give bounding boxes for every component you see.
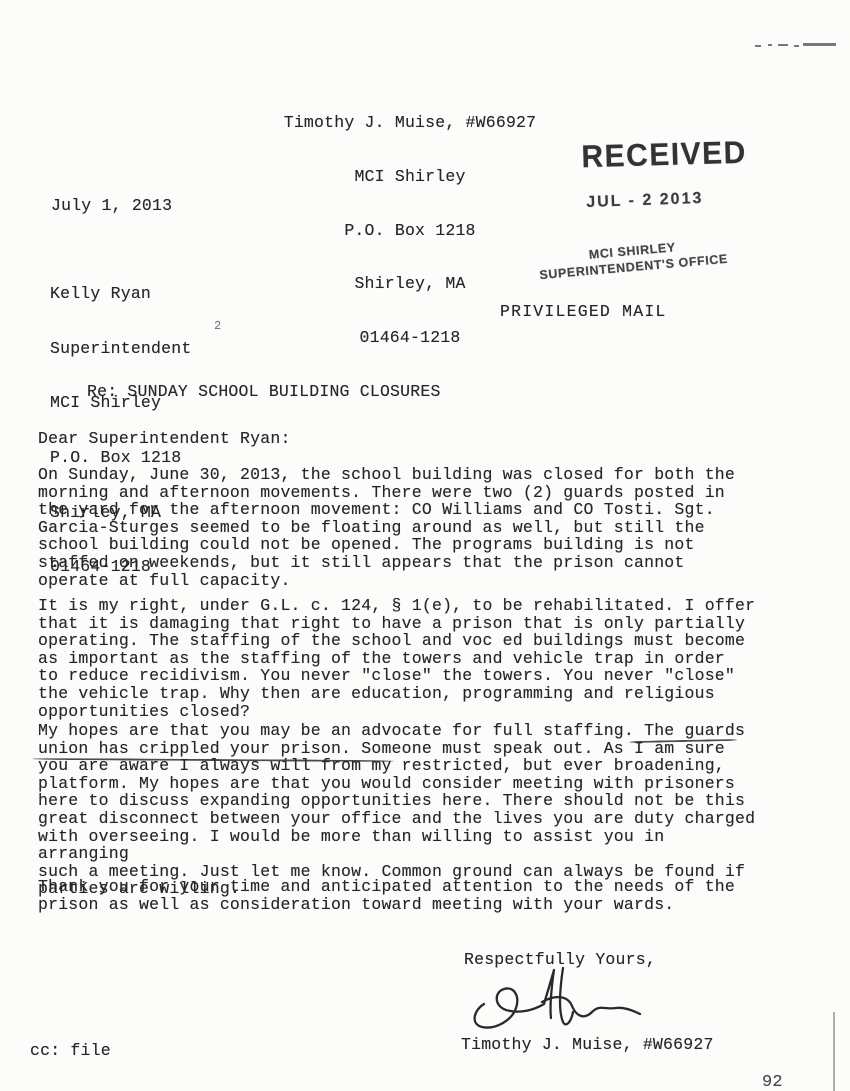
handwritten-signature bbox=[470, 966, 650, 1032]
page-number: 92 bbox=[762, 1074, 783, 1091]
scan-artifact-dash bbox=[794, 45, 799, 47]
received-date-stamp: JUL - 2 2013 bbox=[586, 190, 704, 212]
received-stamp: RECEIVED bbox=[581, 135, 747, 175]
scan-edge-artifact bbox=[833, 1012, 835, 1091]
sender-zip: 01464-1218 bbox=[250, 329, 570, 348]
sender-po-box: P.O. Box 1218 bbox=[250, 222, 570, 241]
signature-squiggle-icon bbox=[470, 966, 650, 1032]
sender-name: Timothy J. Muise, #W66927 bbox=[250, 114, 570, 133]
body-paragraph-1: On Sunday, June 30, 2013, the school bui… bbox=[38, 466, 763, 589]
sender-address-block: Timothy J. Muise, #W66927 MCI Shirley P.… bbox=[250, 79, 570, 383]
scan-artifact-dash bbox=[778, 44, 788, 46]
salutation: Dear Superintendent Ryan: bbox=[38, 430, 291, 448]
subject-line: Re: SUNDAY SCHOOL BUILDING CLOSURES bbox=[87, 383, 441, 401]
body-paragraph-4: Thank you for your time and anticipated … bbox=[38, 878, 763, 913]
recipient-title: Superintendent bbox=[50, 339, 191, 358]
stray-pen-mark: 2 bbox=[214, 318, 221, 336]
privileged-mail-label: PRIVILEGED MAIL bbox=[500, 303, 667, 321]
body-paragraph-3: My hopes are that you may be an advocate… bbox=[38, 722, 763, 898]
scan-artifact-dash bbox=[768, 44, 772, 46]
scan-artifact-dash bbox=[755, 45, 761, 47]
cc-line: cc: file bbox=[30, 1042, 111, 1060]
scanned-letter-page: Timothy J. Muise, #W66927 MCI Shirley P.… bbox=[0, 0, 850, 1091]
body-paragraph-2: It is my right, under G.L. c. 124, § 1(e… bbox=[38, 597, 763, 720]
sender-city-state: Shirley, MA bbox=[250, 275, 570, 294]
letter-date: July 1, 2013 bbox=[51, 197, 172, 215]
sender-facility: MCI Shirley bbox=[250, 168, 570, 187]
recipient-name: Kelly Ryan bbox=[50, 284, 191, 303]
signature-typed-name: Timothy J. Muise, #W66927 bbox=[461, 1036, 714, 1054]
scan-artifact-dash bbox=[803, 43, 836, 46]
